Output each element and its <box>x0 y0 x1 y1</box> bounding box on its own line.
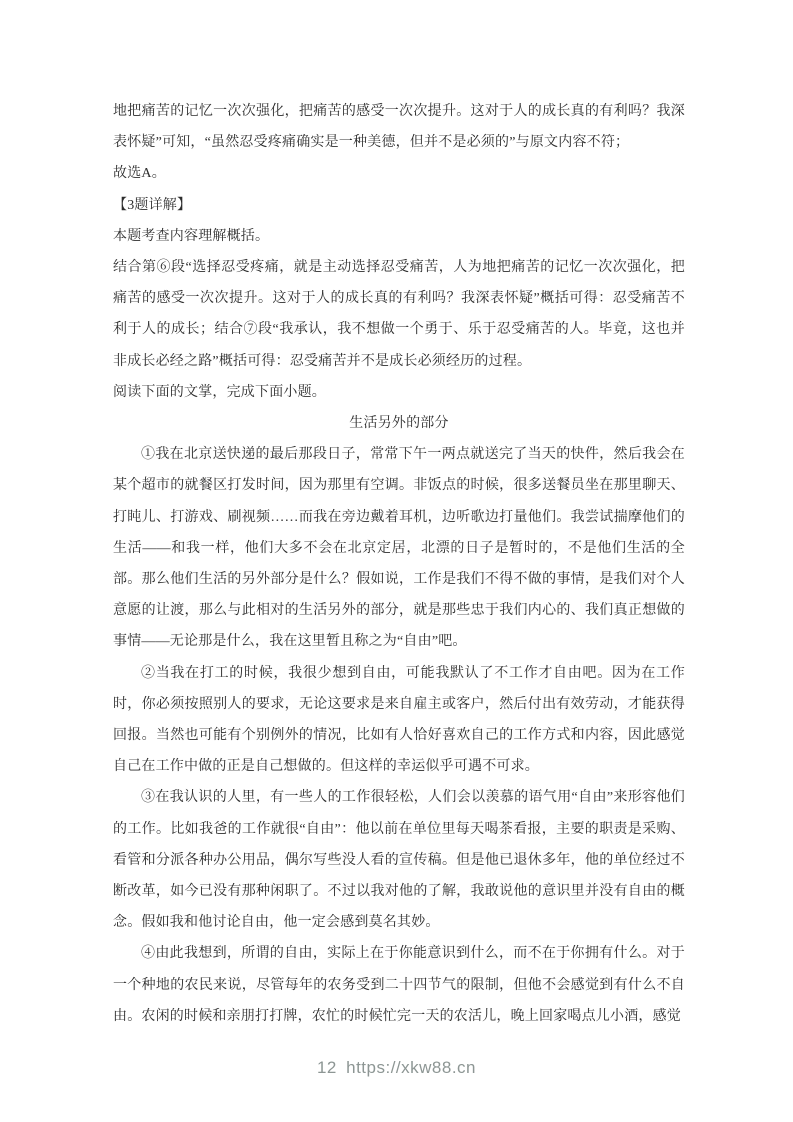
footer-page-number: 12 <box>317 1058 337 1077</box>
question3-heading: 【3题详解】 <box>113 190 685 221</box>
essay-title: 生活另外的部分 <box>113 408 685 439</box>
page-content: 地把痛苦的记忆一次次强化，把痛苦的感受一次次提升。这对于人的成长真的有利吗？我深… <box>113 96 685 1032</box>
document-page: 地把痛苦的记忆一次次强化，把痛苦的感受一次次提升。这对于人的成长真的有利吗？我深… <box>0 0 793 1122</box>
essay-paragraph-3: ③在我认识的人里，有一些人的工作很轻松，人们会以羡慕的语气用“自由”来形容他们的… <box>113 782 685 938</box>
question3-intro-text: 本题考查内容理解概括。 <box>113 221 685 252</box>
essay-paragraph-4: ④由此我想到，所谓的自由，实际上在于你能意识到什么，而不在于你拥有什么。对于一个… <box>113 938 685 1032</box>
footer-url: https://xkw88.cn <box>346 1058 476 1077</box>
answer-choice-text: 故选A。 <box>113 158 685 189</box>
page-footer: 12 https://xkw88.cn <box>0 1058 793 1078</box>
question3-analysis-text: 结合第⑥段“选择忍受疼痛，就是主动选择忍受痛苦，人为地把痛苦的记忆一次次强化，把… <box>113 252 685 377</box>
essay-paragraph-2: ②当我在打工的时候，我很少想到自由，可能我默认了不工作才自由吧。因为在工作时，你… <box>113 658 685 783</box>
answer-continuation-text: 地把痛苦的记忆一次次强化，把痛苦的感受一次次提升。这对于人的成长真的有利吗？我深… <box>113 96 685 158</box>
essay-paragraph-1: ①我在北京送快递的最后那段日子，常常下午一两点就送完了当天的快件，然后我会在某个… <box>113 439 685 657</box>
reading-instruction: 阅读下面的文掌，完成下面小题。 <box>113 377 685 408</box>
